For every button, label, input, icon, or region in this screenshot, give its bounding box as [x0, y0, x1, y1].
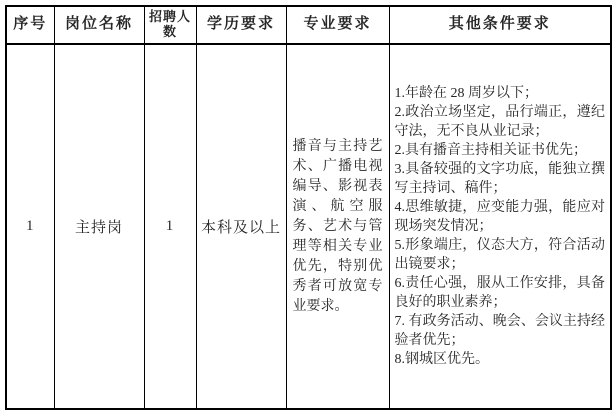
col-header-position: 岗位名称	[54, 6, 144, 44]
table-row: 1 主持岗 1 本科及以上 播音与主持艺术、广播电视编导、影视表演、航空服务、艺…	[6, 44, 611, 409]
requirement-item: 6.责任心强，服从工作安排，具备良好的职业素养；	[395, 274, 606, 312]
cell-serial: 1	[6, 44, 54, 409]
requirement-item: 1.年龄在 28 周岁以下；	[395, 84, 606, 103]
col-header-serial: 序号	[6, 6, 54, 44]
table-header-row: 序号 岗位名称 招聘人数 学历要求 专业要求 其他条件要求	[6, 6, 611, 44]
recruitment-table: 序号 岗位名称 招聘人数 学历要求 专业要求 其他条件要求 1 主持岗 1 本科…	[5, 5, 612, 410]
col-header-headcount: 招聘人数	[144, 6, 196, 44]
major-requirements-text: 播音与主持艺术、广播电视编导、影视表演、航空服务、艺术与管理等相关专业优先，特别…	[293, 137, 383, 317]
cell-education: 本科及以上	[196, 44, 286, 409]
cell-major-requirements: 播音与主持艺术、广播电视编导、影视表演、航空服务、艺术与管理等相关专业优先，特别…	[286, 44, 389, 409]
cell-headcount: 1	[144, 44, 196, 409]
col-header-major: 专业要求	[286, 6, 389, 44]
requirement-item: 2.具有播音主持相关证书优先；	[395, 141, 606, 160]
cell-position: 主持岗	[54, 44, 144, 409]
requirement-item: 5.形象端庄，仪态大方，符合活动出镜要求；	[395, 236, 606, 274]
requirement-item: 3.具备较强的文字功底，能独立撰写主持词、稿件；	[395, 160, 606, 198]
requirement-item: 2.政治立场坚定，品行端正，遵纪守法，无不良从业记录；	[395, 103, 606, 141]
cell-other-requirements: 1.年龄在 28 周岁以下；2.政治立场坚定，品行端正，遵纪守法，无不良从业记录…	[389, 44, 611, 409]
requirement-item: 7. 有政务活动、晚会、会议主持经验者优先；	[395, 312, 606, 350]
requirement-item: 8.钢城区优先。	[395, 350, 606, 369]
col-header-other: 其他条件要求	[389, 6, 611, 44]
other-requirements-list: 1.年龄在 28 周岁以下；2.政治立场坚定，品行端正，遵纪守法，无不良从业记录…	[395, 84, 606, 369]
col-header-education: 学历要求	[196, 6, 286, 44]
requirement-item: 4.思维敏捷，应变能力强，能应对现场突发情况；	[395, 198, 606, 236]
page: 序号 岗位名称 招聘人数 学历要求 专业要求 其他条件要求 1 主持岗 1 本科…	[0, 0, 615, 416]
